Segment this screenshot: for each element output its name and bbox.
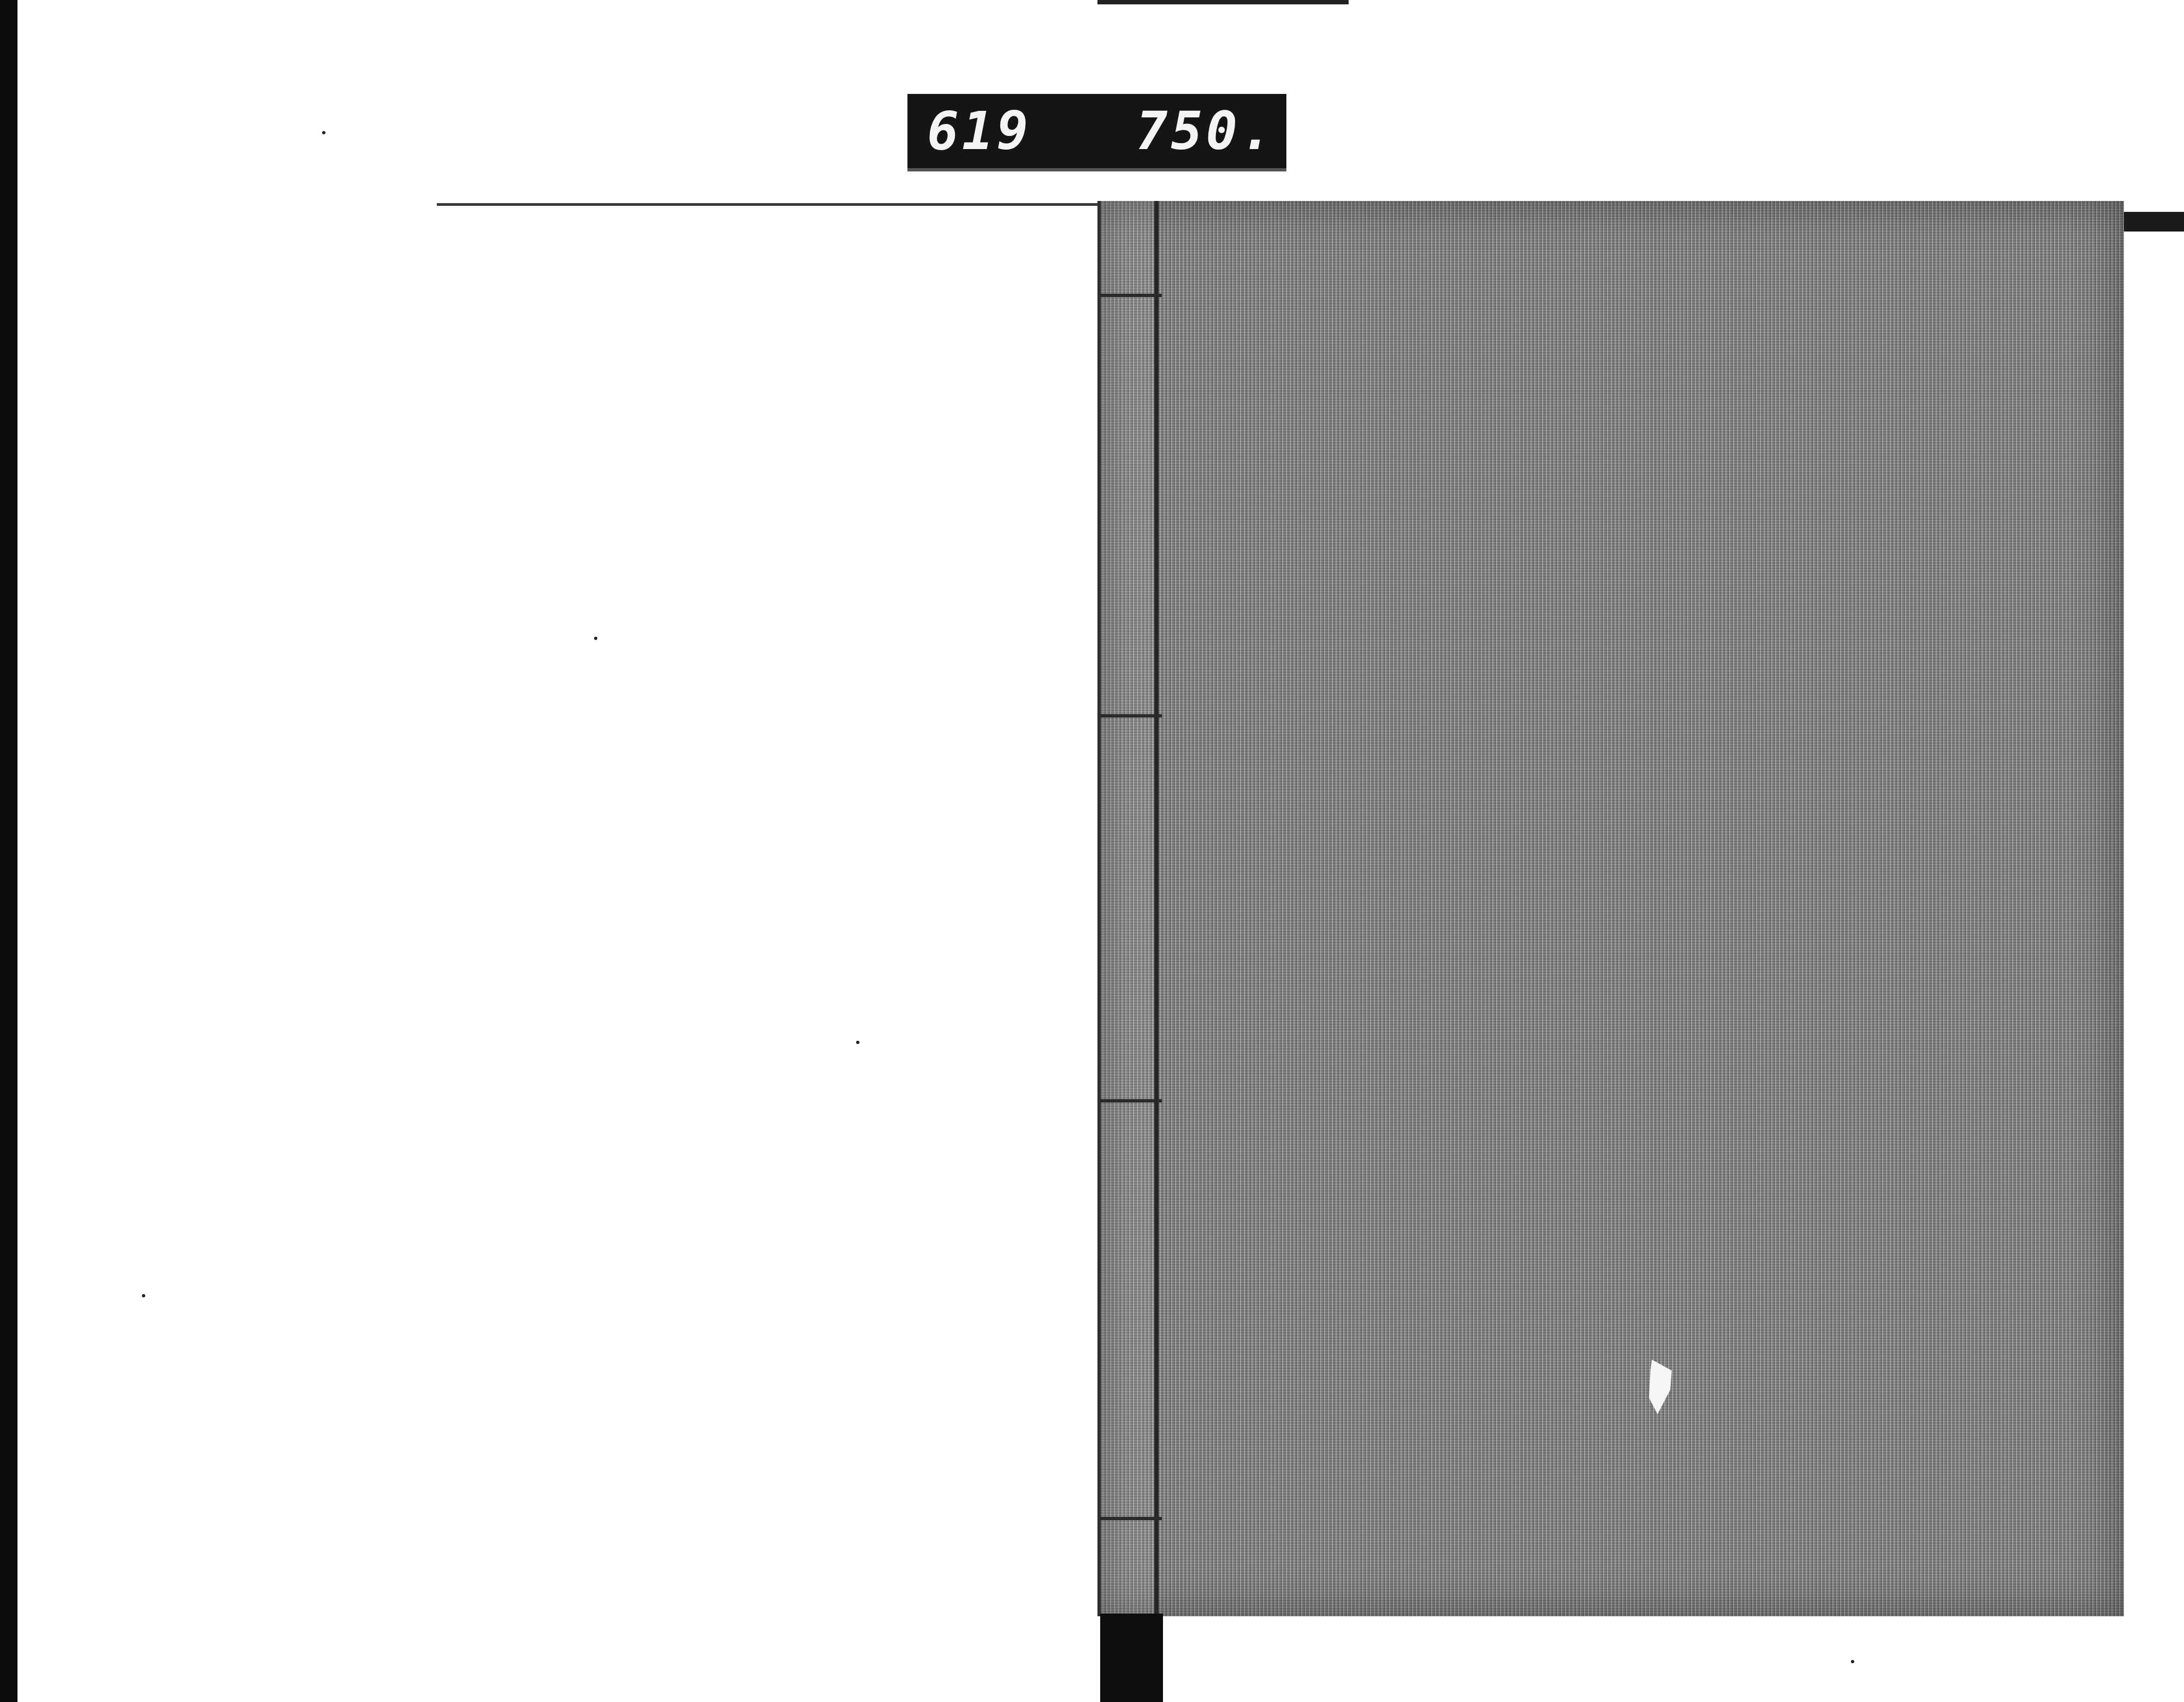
dust-speck bbox=[1851, 1660, 1854, 1663]
film-edge-top bbox=[1097, 0, 1349, 4]
film-edge-left bbox=[0, 0, 17, 1702]
counter-left-number: 619 bbox=[927, 100, 1031, 162]
table-edge-line bbox=[437, 203, 1108, 206]
film-edge-right-tab bbox=[2124, 212, 2184, 232]
binding-thread bbox=[1101, 294, 1162, 297]
binding-thread bbox=[1101, 1517, 1162, 1520]
dust-speck bbox=[142, 1294, 145, 1297]
frame-counter-label: 619 750. bbox=[907, 94, 1286, 171]
dust-speck bbox=[594, 637, 597, 640]
dust-speck bbox=[322, 131, 325, 134]
counter-right-group: 750. bbox=[1136, 100, 1275, 162]
binding-thread bbox=[1101, 714, 1162, 717]
book-stand-block bbox=[1100, 1614, 1163, 1702]
counter-left-group: 619 bbox=[927, 100, 1031, 162]
binding-thread bbox=[1101, 1099, 1162, 1102]
book-cover bbox=[1097, 201, 2124, 1616]
dust-speck bbox=[856, 1041, 859, 1044]
counter-right-number: 750. bbox=[1136, 100, 1275, 162]
book-spine bbox=[1097, 201, 1159, 1616]
